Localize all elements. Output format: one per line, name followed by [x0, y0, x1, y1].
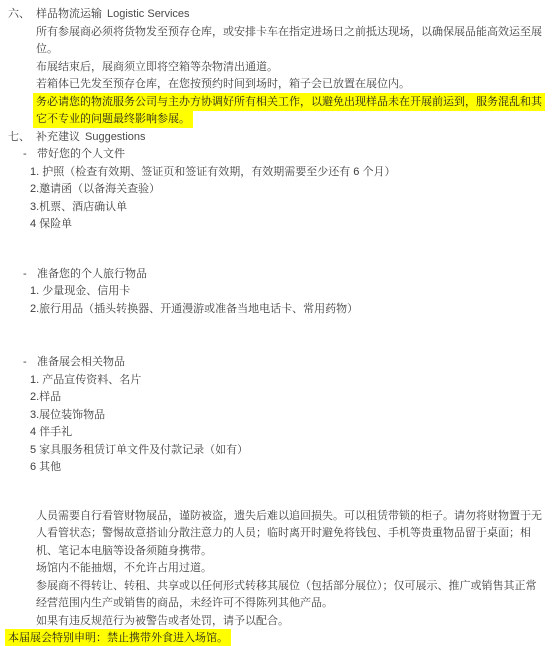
list-group-personal-documents: -带好您的个人文件 1. 护照（检查有效期、签证页和签证有效期，有效期需要至少还… — [0, 146, 559, 234]
section-header: 七、补充建议Suggestions — [0, 129, 559, 147]
group-label-row: -带好您的个人文件 — [0, 146, 559, 164]
list-item: 4 保险单 — [0, 216, 559, 234]
group-label-row: -准备您的个人旅行物品 — [0, 266, 559, 284]
list-item: 1. 产品宣传资料、名片 — [0, 372, 559, 390]
special-notice: 本届展会特别申明：禁止携带外食进入场馆。 — [0, 630, 559, 646]
list-item: 2.样品 — [0, 389, 559, 407]
list-item: 4 伴手礼 — [0, 424, 559, 442]
list-group-exhibition-items: -准备展会相关物品 1. 产品宣传资料、名片 2.样品 3.展位装饰物品 4 伴… — [0, 354, 559, 477]
section-suggestions: 七、补充建议Suggestions -带好您的个人文件 1. 护照（检查有效期、… — [0, 129, 559, 646]
list-item: 1. 护照（检查有效期、签证页和签证有效期，有效期需要至少还有 6 个月） — [0, 164, 559, 182]
section-logistics: 六、样品物流运输Logistic Services 所有参展商必须将货物发至预存… — [0, 6, 559, 129]
group-label: 准备展会相关物品 — [37, 356, 125, 368]
list-item: 3.展位装饰物品 — [0, 407, 559, 425]
list-item: 2.邀请函（以备海关查验） — [0, 181, 559, 199]
dash-bullet: - — [23, 354, 37, 372]
group-label-row: -准备展会相关物品 — [0, 354, 559, 372]
list-item: 6 其他 — [0, 459, 559, 477]
note-paragraph: 参展商不得转让、转租、共享或以任何形式转移其展位（包括部分展位）；仅可展示、推广… — [36, 578, 546, 613]
group-label: 带好您的个人文件 — [37, 148, 125, 160]
dash-bullet: - — [23, 266, 37, 284]
note-paragraph: 场馆内不能抽烟，不允许占用过道。 — [36, 560, 546, 578]
note-paragraph: 如果有违反规范行为被警告或者处罚，请予以配合。 — [36, 613, 546, 631]
section-title-en: Logistic Services — [107, 8, 190, 20]
special-notice-text: 本届展会特别申明：禁止携带外食进入场馆。 — [5, 629, 231, 646]
list-item: 1. 少量现金、信用卡 — [0, 283, 559, 301]
list-item: 3.机票、酒店确认单 — [0, 199, 559, 217]
list-item: 5 家具服务租赁订单文件及付款记录（如有） — [0, 442, 559, 460]
section-title-en: Suggestions — [85, 131, 146, 143]
notes-block: 人员需要自行看管财物展品，谨防被盗，遗失后难以追回损失。可以租赁带锁的柜子。请勿… — [0, 508, 559, 646]
paragraph: 所有参展商必须将货物发至预存仓库，或安排卡车在指定进场日之前抵达现场，以确保展品… — [36, 24, 546, 59]
section-number: 七、 — [8, 129, 36, 147]
section-title-zh: 样品物流运输 — [36, 8, 102, 20]
list-item: 2.旅行用品（插头转换器、开通漫游或准备当地电话卡、常用药物） — [0, 301, 559, 319]
section-title-zh: 补充建议 — [36, 131, 80, 143]
paragraph: 布展结束后，展商须立即将空箱等杂物清出通道。 — [36, 59, 546, 77]
document-page: 六、样品物流运输Logistic Services 所有参展商必须将货物发至预存… — [0, 0, 559, 646]
paragraph: 若箱体已先发至预存仓库，在您按预约时间到场时，箱子会已放置在展位内。 — [36, 76, 546, 94]
highlight-text: 务必请您的物流服务公司与主办方协调好所有相关工作，以避免出现样品未在开展前运到，… — [33, 93, 545, 129]
group-label: 准备您的个人旅行物品 — [37, 268, 147, 280]
list-group-travel-items: -准备您的个人旅行物品 1. 少量现金、信用卡 2.旅行用品（插头转换器、开通漫… — [0, 266, 559, 319]
section-header: 六、样品物流运输Logistic Services — [0, 6, 559, 24]
dash-bullet: - — [23, 146, 37, 164]
section-number: 六、 — [8, 6, 36, 24]
highlight-paragraph: 务必请您的物流服务公司与主办方协调好所有相关工作，以避免出现样品未在开展前运到，… — [33, 94, 549, 129]
note-paragraph: 人员需要自行看管财物展品，谨防被盗，遗失后难以追回损失。可以租赁带锁的柜子。请勿… — [36, 508, 546, 561]
